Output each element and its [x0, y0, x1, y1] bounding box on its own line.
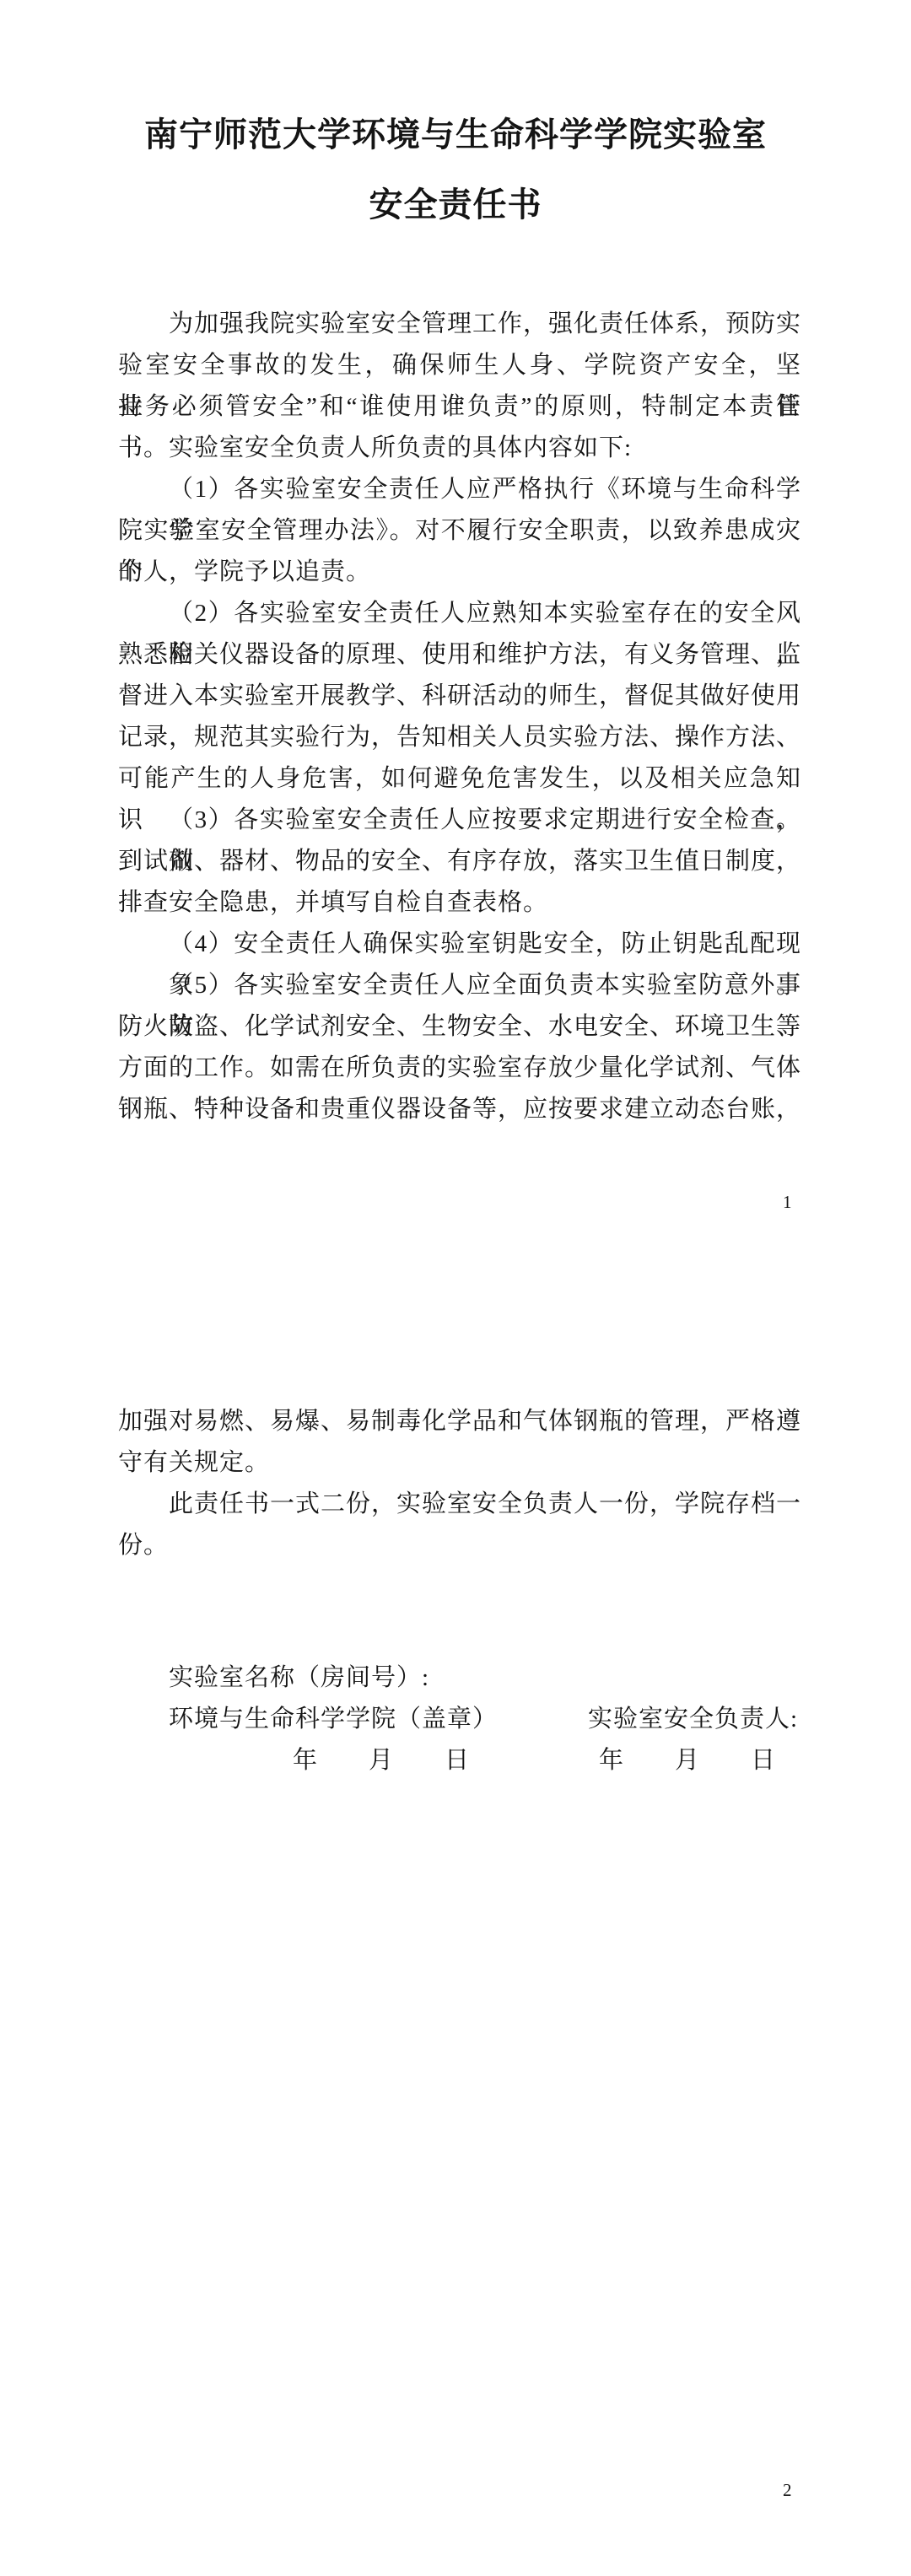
signature-row-parties: 环境与生命科学学院（盖章） 实验室安全负责人: — [118, 1699, 801, 1740]
text-line: （2）各实验室安全责任人应熟知本实验室存在的安全风险， — [118, 593, 801, 634]
text-line: 记录，规范其实验行为，告知相关人员实验方法、操作方法、 — [118, 717, 801, 758]
text-line: 守有关规定。 — [118, 1442, 801, 1484]
college-seal-label: 环境与生命科学学院（盖章） — [169, 1699, 498, 1740]
date-month-right: 月 — [675, 1740, 700, 1781]
text-line: 业务必须管安全”和“谁使用谁负责”的原则，特制定本责任 — [118, 386, 801, 428]
page-2: 加强对易燃、易爆、易制毒化学品和气体钢瓶的管理，严格遵守有关规定。此责任书一式二… — [0, 1288, 911, 2576]
text-line: 书。实验室安全负责人所负责的具体内容如下: — [118, 428, 801, 469]
responsible-person-label: 实验室安全负责人: — [588, 1699, 798, 1740]
date-month-left: 月 — [369, 1740, 394, 1781]
date-day-left: 日 — [445, 1740, 470, 1781]
text-line: 防火防盗、化学试剂安全、生物安全、水电安全、环境卫生等 — [118, 1006, 801, 1048]
lab-name-label: 实验室名称（房间号）: — [169, 1657, 429, 1699]
text-line: 此责任书一式二份，实验室安全负责人一份，学院存档一 — [118, 1484, 801, 1525]
page2-body-text: 加强对易燃、易爆、易制毒化学品和气体钢瓶的管理，严格遵守有关规定。此责任书一式二… — [118, 1401, 801, 1566]
text-line: 钢瓶、特种设备和贵重仪器设备等，应按要求建立动态台账， — [118, 1089, 801, 1130]
text-line: 排查安全隐患，并填写自检自查表格。 — [118, 882, 801, 924]
text-line: 可能产生的人身危害，如何避免危害发生，以及相关应急知识。 — [118, 758, 801, 800]
text-line: 熟悉相关仪器设备的原理、使用和维护方法，有义务管理、监 — [118, 634, 801, 676]
date-year-right: 年 — [599, 1740, 624, 1781]
text-line: 院实验室安全管理办法》。对不履行安全职责，以致养患成灾的 — [118, 510, 801, 552]
text-line: （3）各实验室安全责任人应按要求定期进行安全检查，做 — [118, 800, 801, 841]
date-year-left: 年 — [293, 1740, 318, 1781]
signature-row-dates: 年 月 日 年 月 日 — [118, 1740, 801, 1781]
text-line: 方面的工作。如需在所负责的实验室存放少量化学试剂、气体 — [118, 1048, 801, 1089]
text-line: （1）各实验室安全责任人应严格执行《环境与生命科学学 — [118, 469, 801, 510]
safety-responsibility-document: 南宁师范大学环境与生命科学学院实验室 安全责任书 为加强我院实验室安全管理工作，… — [0, 0, 911, 2576]
text-line: 份。 — [118, 1525, 801, 1566]
signature-block: 实验室名称（房间号）: 环境与生命科学学院（盖章） 实验室安全负责人: 年 月 … — [118, 1657, 801, 1781]
date-day-right: 日 — [751, 1740, 776, 1781]
document-title-line-2: 安全责任书 — [0, 188, 911, 222]
document-title-line-1: 南宁师范大学环境与生命科学学院实验室 — [0, 118, 911, 152]
page1-body-text: 为加强我院实验室安全管理工作，强化责任体系，预防实验室安全事故的发生，确保师生人… — [118, 304, 801, 1130]
text-line: 为加强我院实验室安全管理工作，强化责任体系，预防实 — [118, 304, 801, 345]
text-line: 督进入本实验室开展教学、科研活动的师生，督促其做好使用 — [118, 676, 801, 717]
text-line: 加强对易燃、易爆、易制毒化学品和气体钢瓶的管理，严格遵 — [118, 1401, 801, 1442]
text-line: 个人，学院予以追责。 — [118, 552, 801, 593]
signature-row-lab-name: 实验室名称（房间号）: — [118, 1657, 801, 1699]
text-line: 到试剂、器材、物品的安全、有序存放，落实卫生值日制度， — [118, 841, 801, 882]
text-line: （5）各实验室安全责任人应全面负责本实验室防意外事故、 — [118, 965, 801, 1006]
page-1: 南宁师范大学环境与生命科学学院实验室 安全责任书 为加强我院实验室安全管理工作，… — [0, 0, 911, 1288]
text-line: （4）安全责任人确保实验室钥匙安全，防止钥匙乱配现象。 — [118, 924, 801, 965]
text-line: 验室安全事故的发生，确保师生人身、学院资产安全，坚持“管 — [118, 345, 801, 386]
page2-page-number: 2 — [783, 2480, 792, 2501]
page1-page-number: 1 — [783, 1192, 792, 1213]
